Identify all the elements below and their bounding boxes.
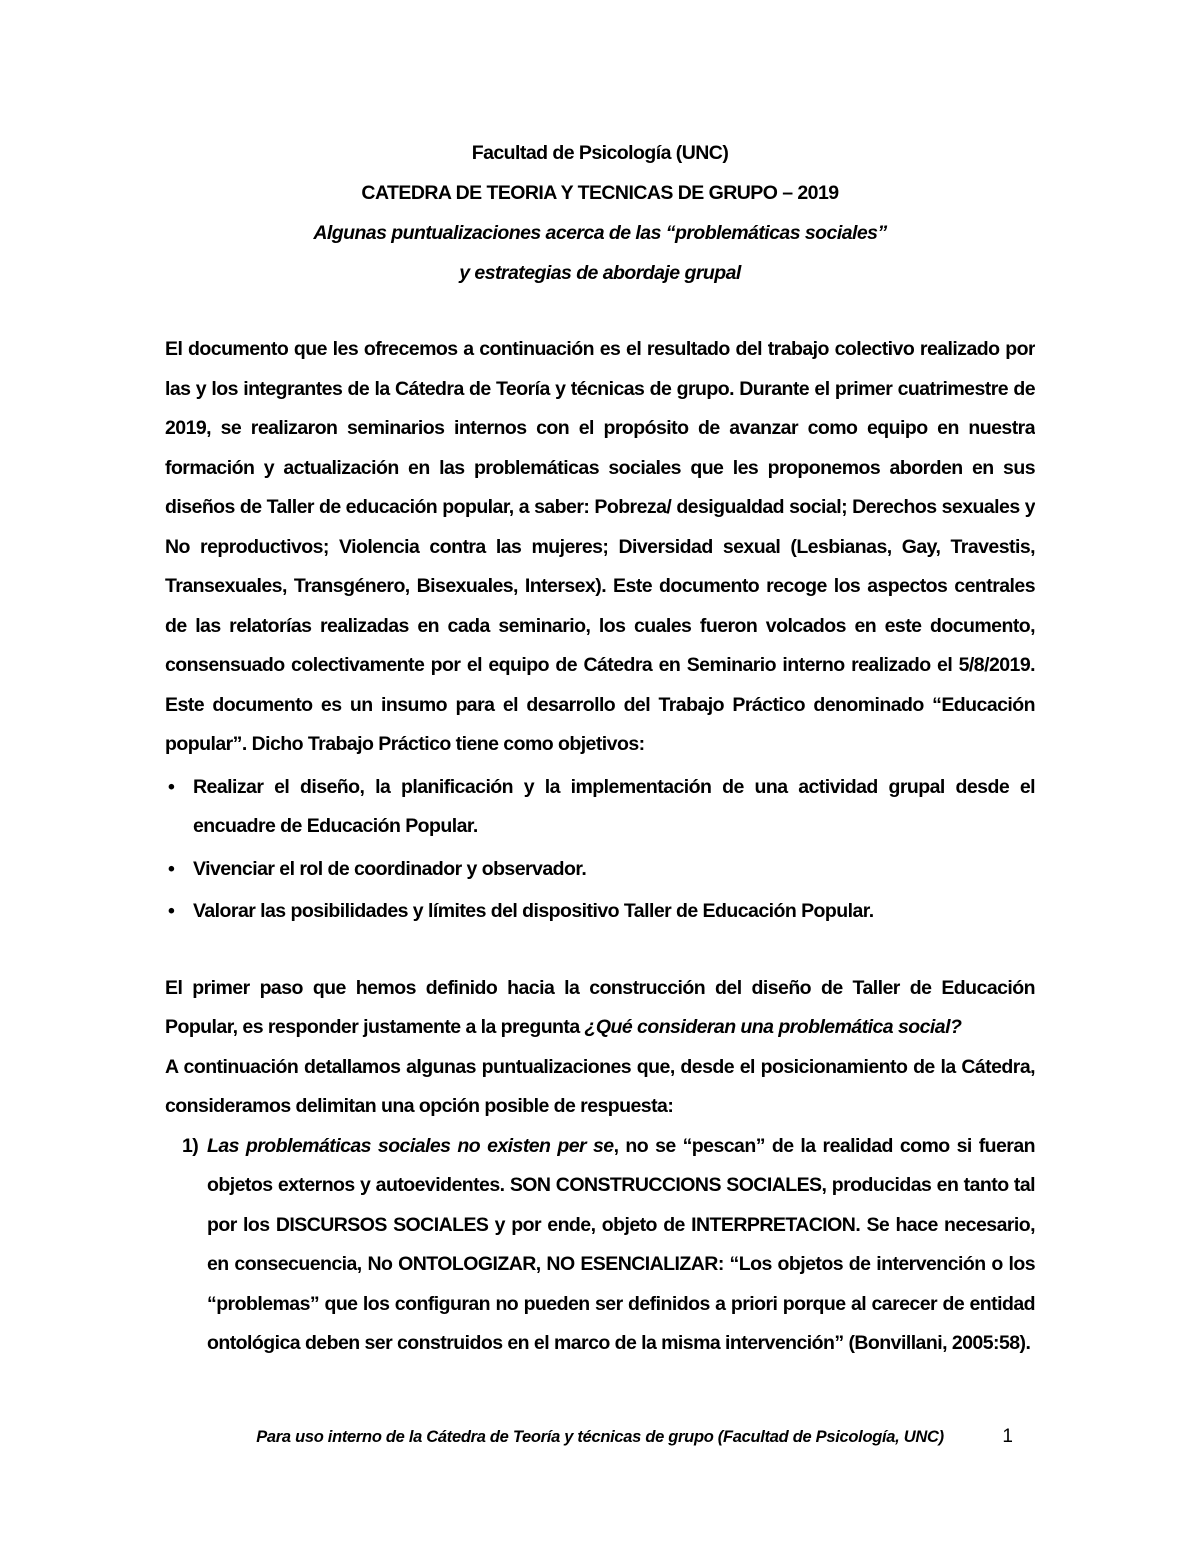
header-course-title: CATEDRA DE TEORIA Y TECNICAS DE GRUPO – … xyxy=(165,173,1035,213)
document-body: Facultad de Psicología (UNC) CATEDRA DE … xyxy=(165,133,1035,1364)
document-page: Facultad de Psicología (UNC) CATEDRA DE … xyxy=(0,0,1200,1553)
intro-paragraph: El documento que les ofrecemos a continu… xyxy=(165,330,1035,765)
header-subtitle-1: Algunas puntualizaciones acerca de las “… xyxy=(165,213,1035,253)
bullet-icon: • xyxy=(165,768,193,847)
page-number: 1 xyxy=(1002,1424,1013,1450)
objective-item-1-text: Realizar el diseño, la planificación y l… xyxy=(193,768,1035,847)
objective-item-3: • Valorar las posibilidades y límites de… xyxy=(165,892,1035,932)
objective-item-1: • Realizar el diseño, la planificación y… xyxy=(165,768,1035,847)
objectives-bullet-list: • Realizar el diseño, la planificación y… xyxy=(165,768,1035,932)
objective-item-2-text: Vivenciar el rol de coordinador y observ… xyxy=(193,850,1035,890)
header-subtitle-2: y estrategias de abordaje grupal xyxy=(165,253,1035,293)
document-header: Facultad de Psicología (UNC) CATEDRA DE … xyxy=(165,133,1035,293)
continuation-paragraph: A continuación detallamos algunas puntua… xyxy=(165,1048,1035,1127)
numbered-point-1-italic: Las problemáticas sociales no existen pe… xyxy=(207,1135,614,1157)
first-step-paragraph: El primer paso que hemos definido hacia … xyxy=(165,969,1035,1048)
numbered-point-1-text: , no se “pescan” de la realidad como si … xyxy=(207,1135,1035,1355)
page-footer: Para uso interno de la Cátedra de Teoría… xyxy=(165,1424,1035,1450)
question-italic-text: ¿Qué consideran una problemática social? xyxy=(585,1016,962,1038)
header-institution: Facultad de Psicología (UNC) xyxy=(165,133,1035,173)
footer-note: Para uso interno de la Cátedra de Teoría… xyxy=(256,1428,944,1446)
objective-item-2: • Vivenciar el rol de coordinador y obse… xyxy=(165,850,1035,890)
numbered-point-1: 1) Las problemáticas sociales no existen… xyxy=(165,1127,1035,1364)
bullet-icon: • xyxy=(165,892,193,932)
objective-item-3-text: Valorar las posibilidades y límites del … xyxy=(193,892,1035,932)
bullet-icon: • xyxy=(165,850,193,890)
numbered-point-1-marker: 1) xyxy=(165,1127,207,1364)
numbered-point-1-body: Las problemáticas sociales no existen pe… xyxy=(207,1127,1035,1364)
